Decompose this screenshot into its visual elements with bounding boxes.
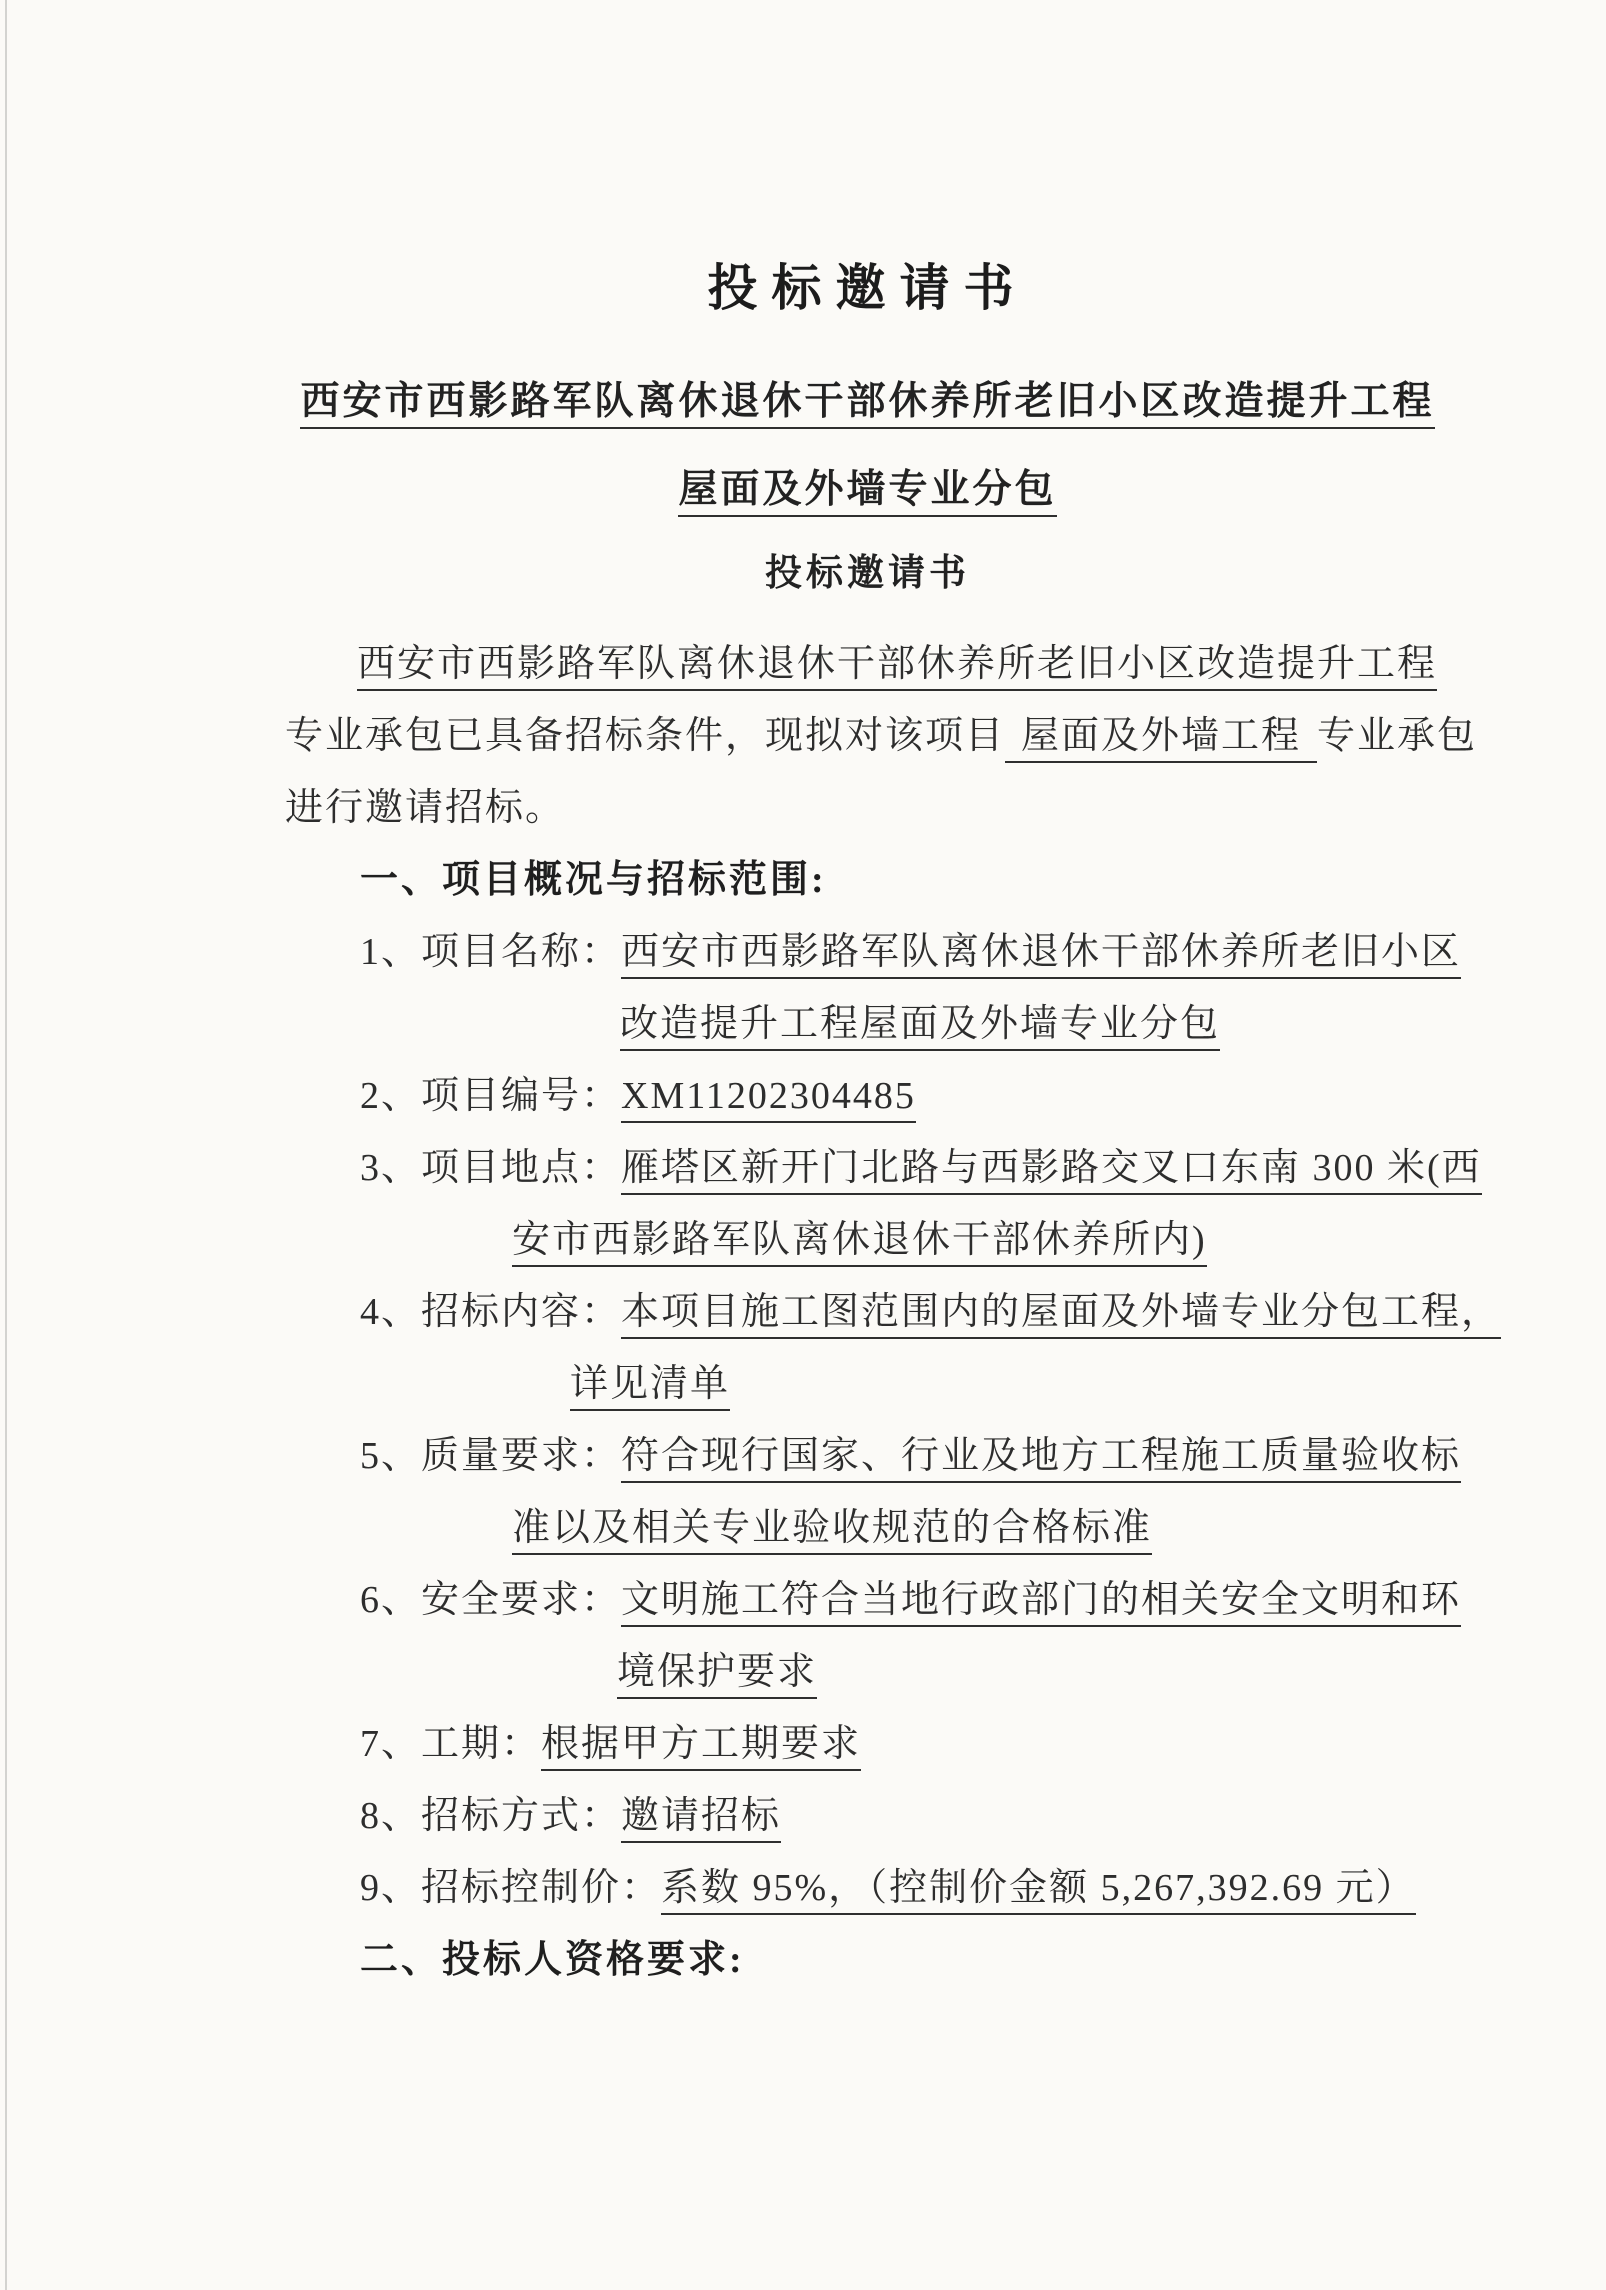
document-title: 投标邀请书 xyxy=(285,258,1450,318)
item-construction-period-value: 根据甲方工期要求 xyxy=(541,1723,861,1771)
intro-line-1-underlined: 西安市西影路军队离休退休干部休养所老旧小区改造提升工程 xyxy=(357,643,1437,691)
item-tender-control-price-value: 系数 95%，（控制价金额 5,267,392.69 元） xyxy=(661,1867,1416,1915)
item-quality-requirement-label: 5、质量要求： xyxy=(360,1435,621,1477)
item-tender-content-continuation: 详见清单 xyxy=(285,1348,1450,1420)
item-project-name-value: 西安市西影路军队离休退休干部休养所老旧小区 xyxy=(621,931,1461,979)
item-quality-requirement: 5、质量要求：符合现行国家、行业及地方工程施工质量验收标 xyxy=(285,1420,1450,1492)
item-project-location-label: 3、项目地点： xyxy=(360,1147,621,1189)
intro-line-3: 进行邀请招标。 xyxy=(285,772,1450,844)
item-project-location-value-2: 安市西影路军队离休退休干部休养所内) xyxy=(512,1219,1207,1267)
intro-line-2: 专业承包已具备招标条件，现拟对该项目屋面及外墙工程专业承包 xyxy=(285,700,1450,772)
item-safety-requirement-value-2: 境保护要求 xyxy=(617,1651,817,1699)
intro-line-2-underlined: 屋面及外墙工程 xyxy=(1005,715,1317,763)
item-tender-content-label: 4、招标内容： xyxy=(360,1291,621,1333)
project-title-line-2-text: 屋面及外墙专业分包 xyxy=(678,468,1056,517)
item-safety-requirement: 6、安全要求：文明施工符合当地行政部门的相关安全文明和环 xyxy=(285,1564,1450,1636)
item-project-number: 2、项目编号：XM11202304485 xyxy=(285,1060,1450,1132)
document-body: 投标邀请书 西安市西影路军队离休退休干部休养所老旧小区改造提升工程 屋面及外墙专… xyxy=(285,0,1450,1996)
item-tender-method: 8、招标方式：邀请招标 xyxy=(285,1780,1450,1852)
item-safety-requirement-value: 文明施工符合当地行政部门的相关安全文明和环 xyxy=(621,1579,1461,1627)
item-tender-control-price: 9、招标控制价：系数 95%，（控制价金额 5,267,392.69 元） xyxy=(285,1852,1450,1924)
item-project-name-continuation: 改造提升工程屋面及外墙专业分包 xyxy=(285,988,1450,1060)
item-quality-requirement-continuation: 准以及相关专业验收规范的合格标准 xyxy=(285,1492,1450,1564)
item-construction-period: 7、工期：根据甲方工期要求 xyxy=(285,1708,1450,1780)
item-project-number-value: XM11202304485 xyxy=(621,1075,916,1123)
item-tender-content: 4、招标内容：本项目施工图范围内的屋面及外墙专业分包工程， xyxy=(285,1276,1450,1348)
item-tender-content-value: 本项目施工图范围内的屋面及外墙专业分包工程， xyxy=(621,1291,1501,1339)
project-title-line-1: 西安市西影路军队离休退休干部休养所老旧小区改造提升工程 xyxy=(285,378,1450,426)
item-project-name: 1、项目名称：西安市西影路军队离休退休干部休养所老旧小区 xyxy=(285,916,1450,988)
section-2-heading: 二、投标人资格要求: xyxy=(285,1924,1450,1996)
item-safety-requirement-continuation: 境保护要求 xyxy=(285,1636,1450,1708)
scan-edge-line xyxy=(5,0,7,2290)
item-tender-content-value-2: 详见清单 xyxy=(570,1363,730,1411)
item-project-location-value: 雁塔区新开门北路与西影路交叉口东南 300 米(西 xyxy=(621,1147,1482,1195)
intro-line-1: 西安市西影路军队离休退休干部休养所老旧小区改造提升工程 xyxy=(285,628,1450,700)
item-project-number-label: 2、项目编号： xyxy=(360,1075,621,1117)
item-tender-control-price-label: 9、招标控制价： xyxy=(360,1867,661,1909)
scanned-document-page: 投标邀请书 西安市西影路军队离休退休干部休养所老旧小区改造提升工程 屋面及外墙专… xyxy=(0,0,1606,2290)
item-safety-requirement-label: 6、安全要求： xyxy=(360,1579,621,1621)
item-tender-method-value: 邀请招标 xyxy=(621,1795,781,1843)
intro-line-2-plain-before: 专业承包已具备招标条件，现拟对该项目 xyxy=(285,715,1005,757)
section-1-heading: 一、项目概况与招标范围: xyxy=(285,844,1450,916)
item-quality-requirement-value-2: 准以及相关专业验收规范的合格标准 xyxy=(512,1507,1152,1555)
project-title-line-1-text: 西安市西影路军队离休退休干部休养所老旧小区改造提升工程 xyxy=(300,380,1434,429)
project-title-line-2: 屋面及外墙专业分包 xyxy=(285,466,1450,514)
item-tender-method-label: 8、招标方式： xyxy=(360,1795,621,1837)
item-project-location: 3、项目地点：雁塔区新开门北路与西影路交叉口东南 300 米(西 xyxy=(285,1132,1450,1204)
item-project-name-value-2: 改造提升工程屋面及外墙专业分包 xyxy=(620,1003,1220,1051)
item-project-name-label: 1、项目名称： xyxy=(360,931,621,973)
item-project-location-continuation: 安市西影路军队离休退休干部休养所内) xyxy=(285,1204,1450,1276)
item-construction-period-label: 7、工期： xyxy=(360,1723,541,1765)
item-quality-requirement-value: 符合现行国家、行业及地方工程施工质量验收标 xyxy=(621,1435,1461,1483)
intro-line-2-plain-after: 专业承包 xyxy=(1317,715,1477,757)
document-subtitle: 投标邀请书 xyxy=(285,550,1450,598)
